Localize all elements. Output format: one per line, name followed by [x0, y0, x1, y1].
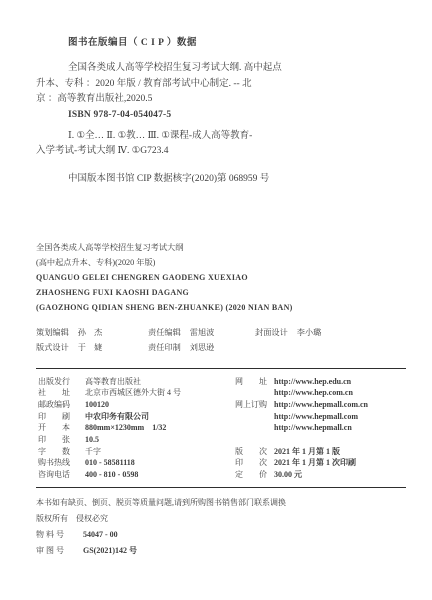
- pub-value: 北京市西城区德外大街 4 号: [85, 387, 235, 398]
- staff-name: 孙 杰: [78, 327, 103, 338]
- pub-label: 邮政编码: [38, 399, 85, 410]
- staff-role: 策划编辑: [36, 327, 69, 338]
- pub-value: http://www.hep.edu.cn: [274, 377, 406, 386]
- pub-value: 10.5: [85, 435, 235, 444]
- pub-label: 印 次: [235, 457, 274, 468]
- book-subtitle: (高中起点升本、专科)(2020 年版): [36, 255, 406, 270]
- staff-role: 版式设计: [36, 342, 69, 353]
- staff-name: 刘思逊: [190, 342, 215, 353]
- staff-credit: 责任编辑雷旭波: [148, 327, 255, 342]
- pub-label: 网 址: [235, 376, 274, 387]
- material-number-row: 物 料 号54047 - 00: [36, 527, 406, 543]
- pub-value: http://www.hepmall.com.cn: [274, 400, 406, 409]
- pub-value: http://www.hep.com.cn: [274, 388, 406, 397]
- staff-role: 责任编辑: [148, 327, 181, 338]
- map-approval-row: 审 图 号GS(2021)142 号: [36, 543, 406, 559]
- pub-label: 印 刷: [38, 411, 85, 422]
- staff-credit: 策划编辑孙 杰: [36, 327, 148, 342]
- staff-credit: 封面设计李小璐: [255, 327, 406, 342]
- cip-heading: 图书在版编目（ C I P ）数据: [68, 34, 406, 48]
- pub-value: http://www.hepmall.cn: [274, 423, 406, 432]
- pub-value: 2021 年 1 月第 1 版: [274, 446, 406, 457]
- pub-value: 30.00 元: [274, 469, 406, 480]
- publication-info: 出版发行高等教育出版社网 址http://www.hep.edu.cn 社 址北…: [36, 369, 406, 487]
- pinyin-line: ZHAOSHENG FUXI KAOSHI DAGANG: [36, 285, 406, 300]
- staff-name: 李小璐: [297, 327, 322, 338]
- classification-line: 入学考试-考试大纲 Ⅳ. ①G723.4: [36, 144, 406, 160]
- pub-label: 字 数: [38, 446, 85, 457]
- pub-value: 2021 年 1 月第 1 次印刷: [274, 457, 406, 468]
- classification-line: Ⅰ. ①全… Ⅱ. ①教… Ⅲ. ①课程-成人高等教育-: [36, 129, 406, 145]
- cip-paragraph: 全国各类成人高等学校招生复习考试大纲. 高中起点 升本、专科 ：2020 年版 …: [36, 61, 406, 108]
- pub-label: 购书热线: [38, 457, 85, 468]
- pinyin-line: QUANGUO GELEI CHENGREN GAODENG XUEXIAO: [36, 270, 406, 285]
- pub-label: 定 价: [235, 469, 274, 480]
- pub-value: http://www.hepmall.com: [274, 412, 406, 421]
- colophon-page: { "cip": { "heading": "图书在版编目（ C I P ）数据…: [0, 0, 432, 600]
- pub-value: 中农印务有限公司: [85, 411, 235, 422]
- pub-label: 印 张: [38, 434, 85, 445]
- pub-label: 开 本: [38, 422, 85, 433]
- pub-value: 千字: [85, 446, 235, 457]
- map-approval-label: 审 图 号: [36, 543, 83, 559]
- cip-paragraph-line: 京 ：高等教育出版社,2020.5: [36, 92, 406, 108]
- isbn: ISBN 978-7-04-054047-5: [36, 110, 406, 120]
- map-approval-value: GS(2021)142 号: [83, 546, 137, 555]
- staff-credit: 版式设计于 婕: [36, 342, 148, 357]
- staff-role: 责任印制: [148, 342, 181, 353]
- pub-value: 880mm×1230mm 1/32: [85, 422, 235, 433]
- material-number-label: 物 料 号: [36, 527, 83, 543]
- staff-role: 封面设计: [255, 327, 288, 338]
- cip-classification: Ⅰ. ①全… Ⅱ. ①教… Ⅲ. ①课程-成人高等教育- 入学考试-考试大纲 Ⅳ…: [36, 129, 406, 160]
- pub-value: 400 - 810 - 0598: [85, 470, 235, 479]
- copyright-notice: 版权所有 侵权必究: [36, 511, 406, 527]
- pub-label: 咨询电话: [38, 469, 85, 480]
- pub-value: 100120: [85, 400, 235, 409]
- quality-notice-line: 本书如有缺页、倒页、脱页等质量问题,请到所购图书销售部门联系调换: [36, 495, 406, 511]
- pub-label: 版 次: [235, 446, 274, 457]
- quality-notice: 本书如有缺页、倒页、脱页等质量问题,请到所购图书销售部门联系调换 版权所有 侵权…: [36, 488, 406, 559]
- cip-paragraph-line: 升本、专科 ：2020 年版 / 教育部考试中心制定. -- 北: [36, 77, 406, 93]
- pub-value: 010 - 58581118: [85, 458, 235, 467]
- book-title-block: 全国各类成人高等学校招生复习考试大纲 (高中起点升本、专科)(2020 年版) …: [36, 240, 406, 315]
- staff-name: 雷旭波: [190, 327, 215, 338]
- cip-paragraph-line: 全国各类成人高等学校招生复习考试大纲. 高中起点: [36, 61, 406, 77]
- staff-credit: 责任印制刘思逊: [148, 342, 255, 357]
- cip-record-number: 中国版本图书馆 CIP 数据核字(2020)第 068959 号: [36, 170, 406, 184]
- book-title: 全国各类成人高等学校招生复习考试大纲: [36, 240, 406, 255]
- pub-value: 高等教育出版社: [85, 376, 235, 387]
- pub-label: 网上订购: [235, 399, 274, 410]
- pub-label: 社 址: [38, 387, 85, 398]
- staff-name: 于 婕: [78, 342, 103, 353]
- staff-credits: 策划编辑孙 杰 责任编辑雷旭波 封面设计李小璐 版式设计于 婕 责任印制刘思逊: [36, 327, 406, 357]
- pub-label: 出版发行: [38, 376, 85, 387]
- pinyin-line: (GAOZHONG QIDIAN SHENG BEN-ZHUANKE) (202…: [36, 300, 406, 315]
- material-number-value: 54047 - 00: [83, 530, 118, 539]
